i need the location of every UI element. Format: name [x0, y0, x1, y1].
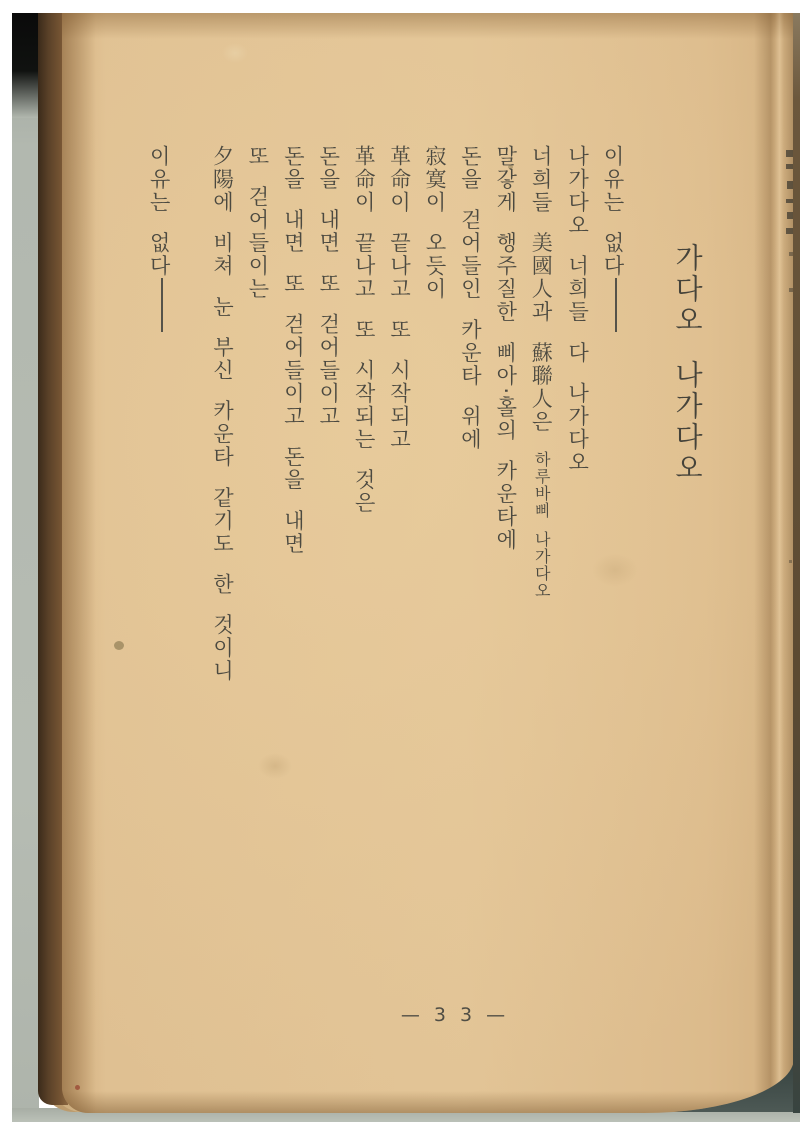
- poem-line-segment: 이유는 없다: [601, 145, 625, 278]
- scan-right-edge: [793, 13, 800, 1113]
- scanner-background-left: [12, 13, 39, 1122]
- poem-line: 夕陽에 비쳐 눈 부신 카운타 같기도 한 것이니: [204, 145, 239, 765]
- poem-line-segment: 돈을 내면 또 걷어들이고: [317, 145, 341, 428]
- poem-line: 또 걷어들이는: [240, 145, 275, 765]
- ghost-text-mark: [786, 199, 793, 203]
- ghost-text-mark: [786, 164, 793, 169]
- vertical-dash: [161, 278, 163, 332]
- page-gutter-shadow: [62, 13, 96, 1113]
- poem-line-segment: 말갛게 행주질한 삐아·홀의 카운타에: [494, 145, 518, 552]
- poem-line-segment: 또 걷어들이는: [246, 145, 270, 301]
- ghost-text-mark: [786, 150, 793, 157]
- ghost-text-mark: [786, 228, 793, 234]
- poem-title: 가다오 나가다오: [670, 243, 705, 803]
- page-right-shadow: [780, 13, 794, 1113]
- poem-line: 돈을 내면 또 걷어들이고: [310, 145, 345, 765]
- poem-line: 革命이 끝나고 또 시작되는 것은: [346, 145, 381, 765]
- page-number: — 3 3 —: [380, 1004, 530, 1026]
- poem-line-segment: 돈을 내면 또 걷어들이고 돈을 내면: [281, 145, 305, 555]
- poem-line: 말갛게 행주질한 삐아·홀의 카운타에: [487, 145, 522, 765]
- ghost-text-mark: [789, 560, 792, 563]
- poem-line-segment: 하루바삐 나가다오: [532, 451, 551, 599]
- poem-line-segment: 이유는 없다: [147, 145, 171, 278]
- stain: [75, 1085, 80, 1090]
- vertical-dash: [615, 278, 617, 332]
- poem-line-segment: 돈을 걷어들인 카운타 위에: [458, 145, 482, 451]
- poem-line: 寂寞이 오듯이: [417, 145, 452, 765]
- poem-line: 이유는 없다: [141, 145, 176, 765]
- page-bottom-shadow: [62, 1091, 794, 1113]
- poem-body: 이유는 없다나가다오 너희들 다 나가다오너희들 美國人과 蘇聯人은 하루바삐 …: [142, 145, 630, 765]
- poem-line: 나가다오 너희들 다 나가다오: [559, 145, 594, 765]
- poem-line: 너희들 美國人과 蘇聯人은 하루바삐 나가다오: [523, 145, 559, 765]
- scan-void-shadow: [12, 13, 39, 118]
- poem-line-segment: 寂寞이 오듯이: [423, 145, 447, 301]
- stain: [222, 43, 248, 63]
- poem-line: 革命이 끝나고 또 시작되고: [381, 145, 416, 765]
- poem-line-segment: 너희들 美國人과 蘇聯人은: [529, 145, 553, 451]
- poem-line-segment: 革命이 끝나고 또 시작되고: [388, 145, 412, 451]
- poem-line-segment: 나가다오 너희들 다 나가다오: [566, 145, 590, 474]
- poem-line-segment: 夕陽에 비쳐 눈 부신 카운타 같기도 한 것이니: [211, 145, 235, 683]
- poem-line: 돈을 걷어들인 카운타 위에: [452, 145, 487, 765]
- stain: [114, 641, 124, 650]
- poem-line: 이유는 없다: [595, 145, 630, 765]
- poem-line-segment: 革命이 끝나고 또 시작되는 것은: [352, 145, 376, 515]
- poem-line: 돈을 내면 또 걷어들이고 돈을 내면: [275, 145, 310, 765]
- page-top-shadow: [62, 13, 794, 39]
